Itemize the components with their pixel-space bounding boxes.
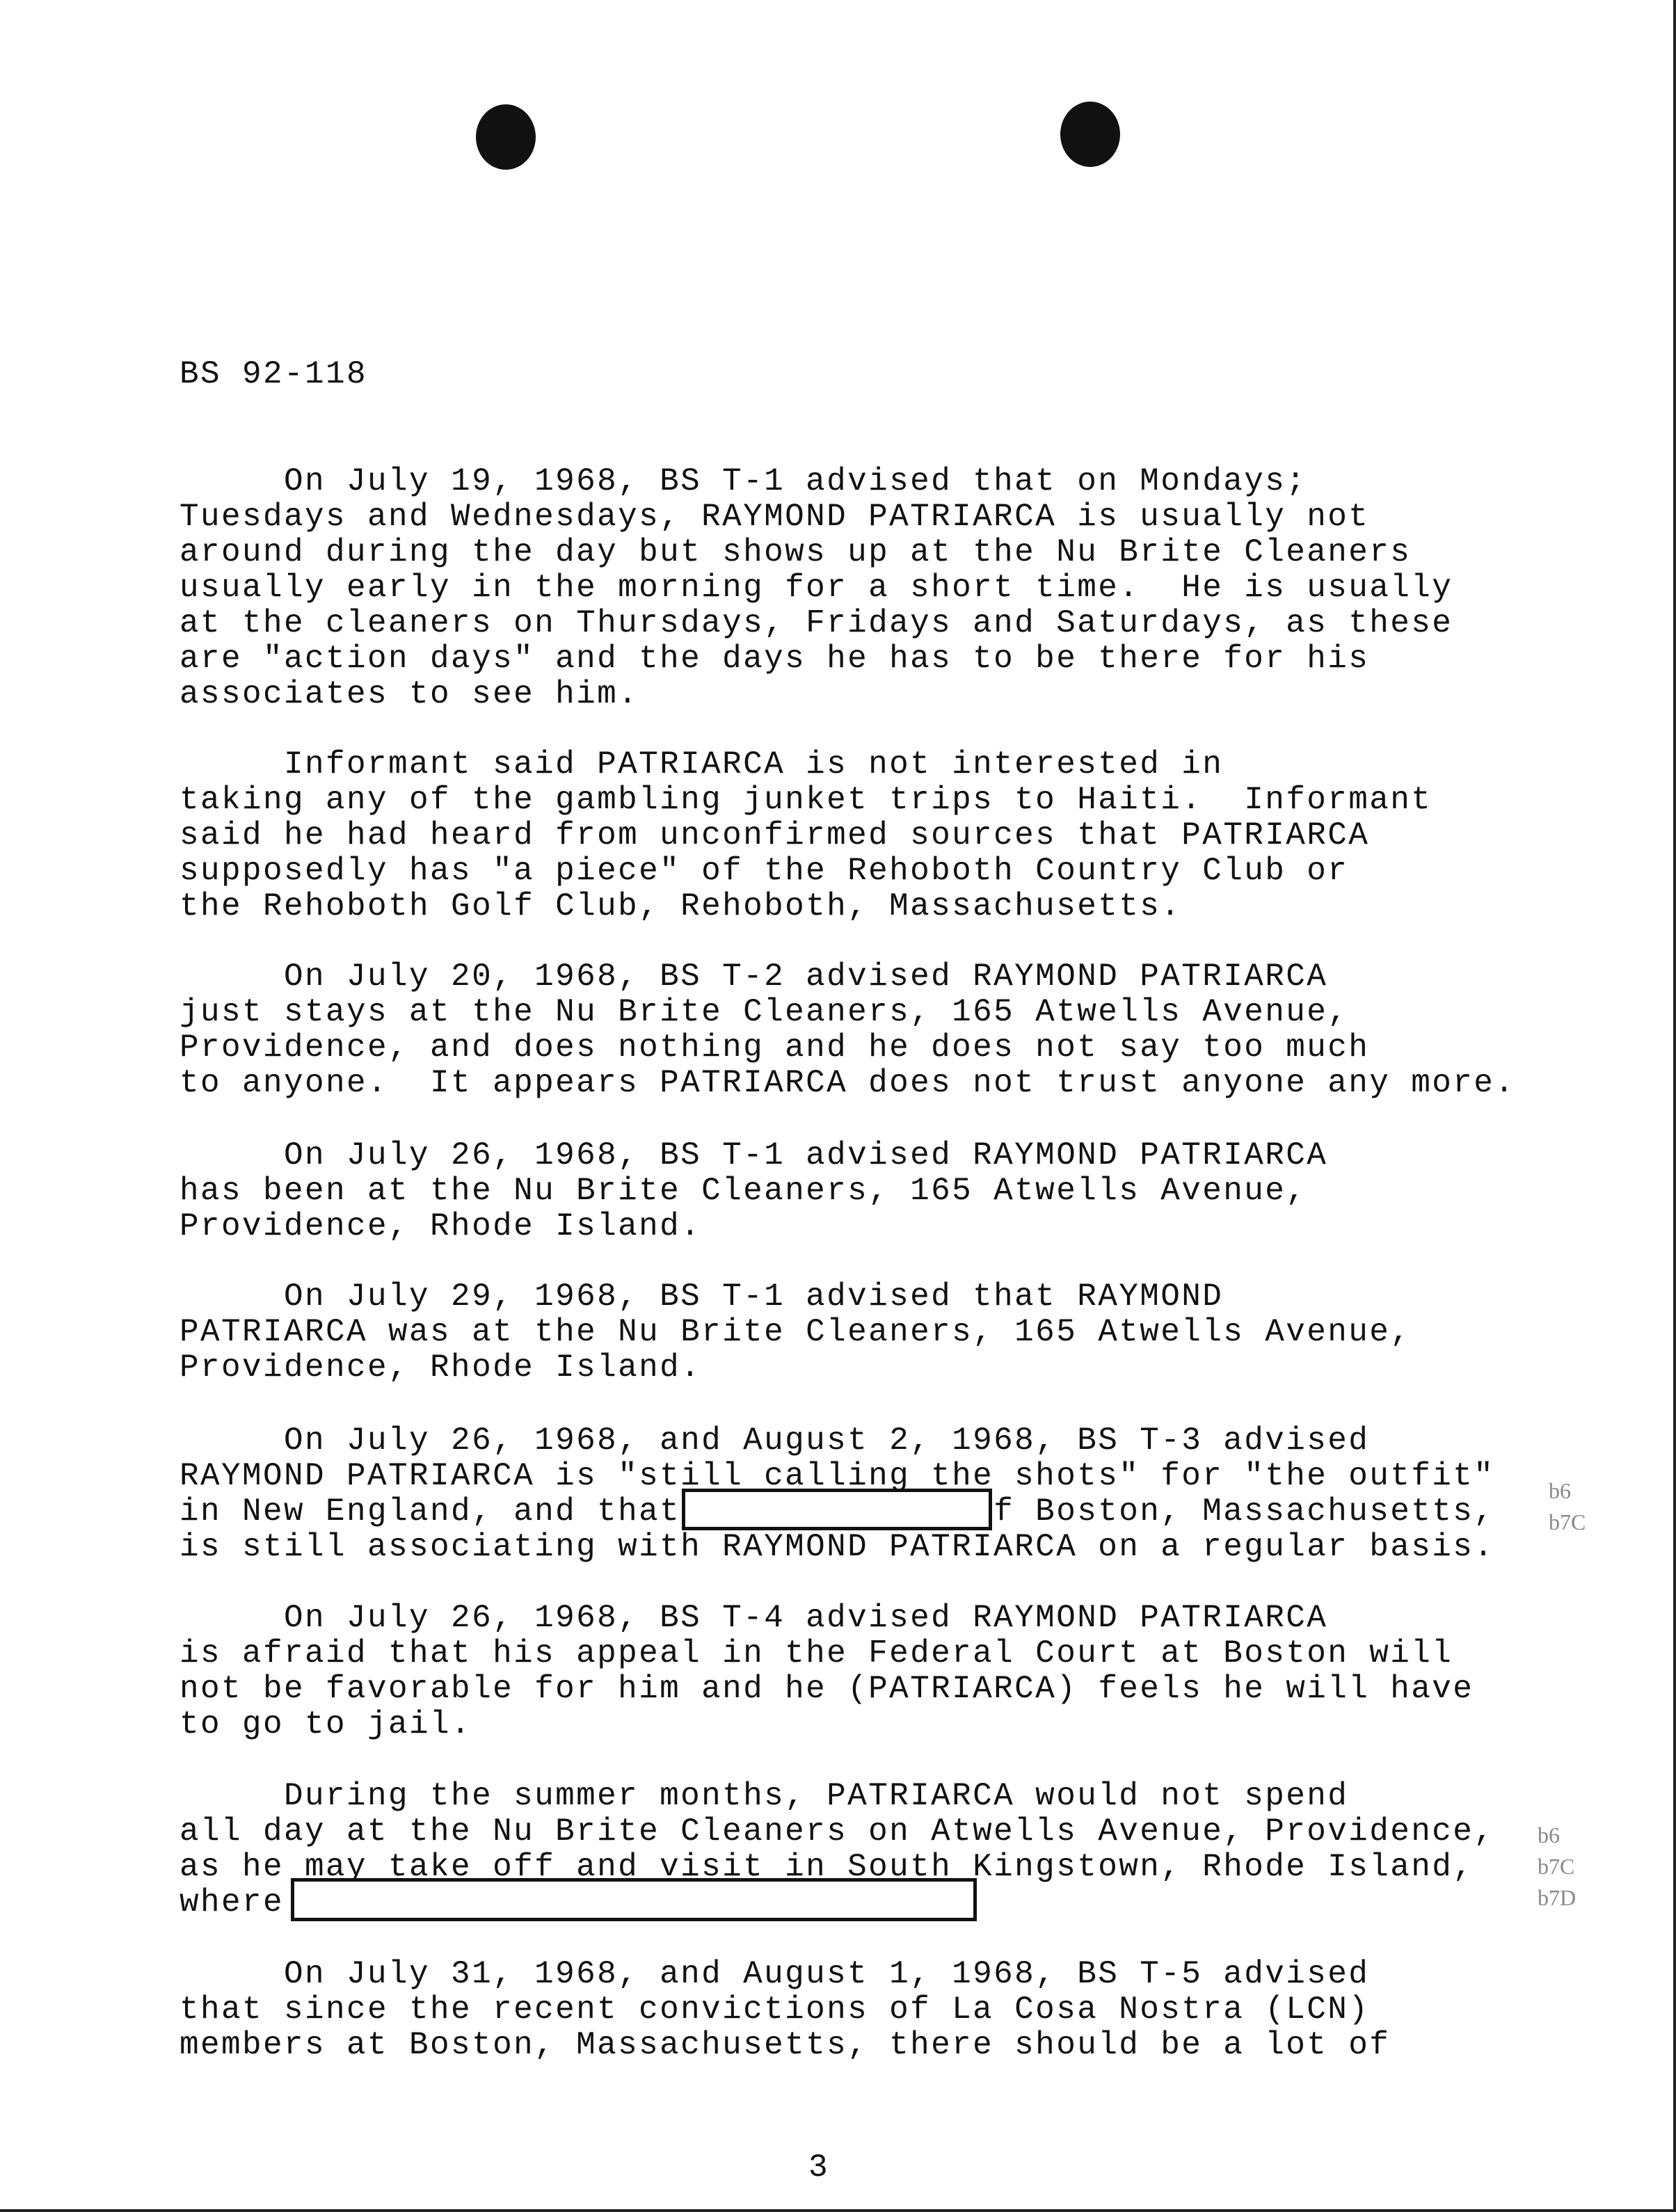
redaction-box — [682, 1489, 992, 1530]
text-line: the Rehoboth Golf Club, Rehoboth, Massac… — [179, 888, 1181, 924]
text-line: Informant said PATRIARCA is not interest… — [179, 746, 1223, 783]
punch-hole-left — [476, 104, 536, 170]
text-line: Providence, and does nothing and he does… — [179, 1029, 1369, 1066]
text-line: associates to see him. — [179, 676, 639, 712]
text-line: that since the recent convictions of La … — [179, 1991, 1369, 2028]
text-line: During the summer months, PATRIARCA woul… — [179, 1778, 1348, 1814]
text-line: members at Boston, Massachusetts, there … — [179, 2027, 1390, 2063]
text-line: PATRIARCA was at the Nu Brite Cleaners, … — [179, 1314, 1411, 1350]
text-line: not be favorable for him and he (PATRIAR… — [179, 1671, 1474, 1707]
text-line: Tuesdays and Wednesdays, RAYMOND PATRIAR… — [179, 499, 1369, 535]
redaction-box — [291, 1878, 977, 1921]
punch-hole-right — [1060, 102, 1120, 167]
exemption-code: b6 — [1538, 1822, 1560, 1848]
text-line: taking any of the gambling junket trips … — [179, 782, 1432, 818]
text-line: just stays at the Nu Brite Cleaners, 165… — [179, 994, 1348, 1030]
text-line: has been at the Nu Brite Cleaners, 165 A… — [179, 1173, 1307, 1209]
exemption-code: b7D — [1538, 1885, 1576, 1911]
text-line: On July 31, 1968, and August 1, 1968, BS… — [179, 1956, 1369, 1992]
text-line: supposedly has "a piece" of the Rehoboth… — [179, 853, 1348, 889]
page-number: 3 — [808, 2149, 829, 2186]
text-line: where — [179, 1884, 284, 1921]
text-line: at the cleaners on Thursdays, Fridays an… — [179, 605, 1453, 641]
text-line: On July 26, 1968, BS T-1 advised RAYMOND… — [179, 1137, 1327, 1173]
exemption-code: b6 — [1549, 1478, 1571, 1504]
text-line: is still associating with RAYMOND PATRIA… — [179, 1529, 1494, 1565]
text-line: On July 19, 1968, BS T-1 advised that on… — [179, 463, 1307, 499]
file-number: BS 92-118 — [179, 356, 367, 392]
text-line: to anyone. It appears PATRIARCA does not… — [179, 1065, 1515, 1101]
text-line: On July 20, 1968, BS T-2 advised RAYMOND… — [179, 959, 1327, 995]
exemption-code: b7C — [1549, 1509, 1586, 1535]
text-line: is afraid that his appeal in the Federal… — [179, 1635, 1453, 1672]
text-line: all day at the Nu Brite Cleaners on Atwe… — [179, 1813, 1494, 1850]
document-page: BS 92-118 On July 19, 1968, BS T-1 advis… — [0, 0, 1676, 2212]
text-line: to go to jail. — [179, 1706, 472, 1742]
text-line: On July 26, 1968, BS T-4 advised RAYMOND… — [179, 1600, 1327, 1636]
text-line: Providence, Rhode Island. — [179, 1349, 701, 1386]
text-line: said he had heard from unconfirmed sourc… — [179, 817, 1369, 853]
text-line: are "action days" and the days he has to… — [179, 641, 1369, 677]
text-line: usually early in the morning for a short… — [179, 570, 1453, 606]
text-line: On July 29, 1968, BS T-1 advised that RA… — [179, 1279, 1223, 1315]
exemption-code: b7C — [1538, 1854, 1574, 1880]
text-line: Providence, Rhode Island. — [179, 1208, 701, 1244]
text-line: On July 26, 1968, and August 2, 1968, BS… — [179, 1422, 1369, 1459]
text-line: around during the day but shows up at th… — [179, 534, 1411, 570]
